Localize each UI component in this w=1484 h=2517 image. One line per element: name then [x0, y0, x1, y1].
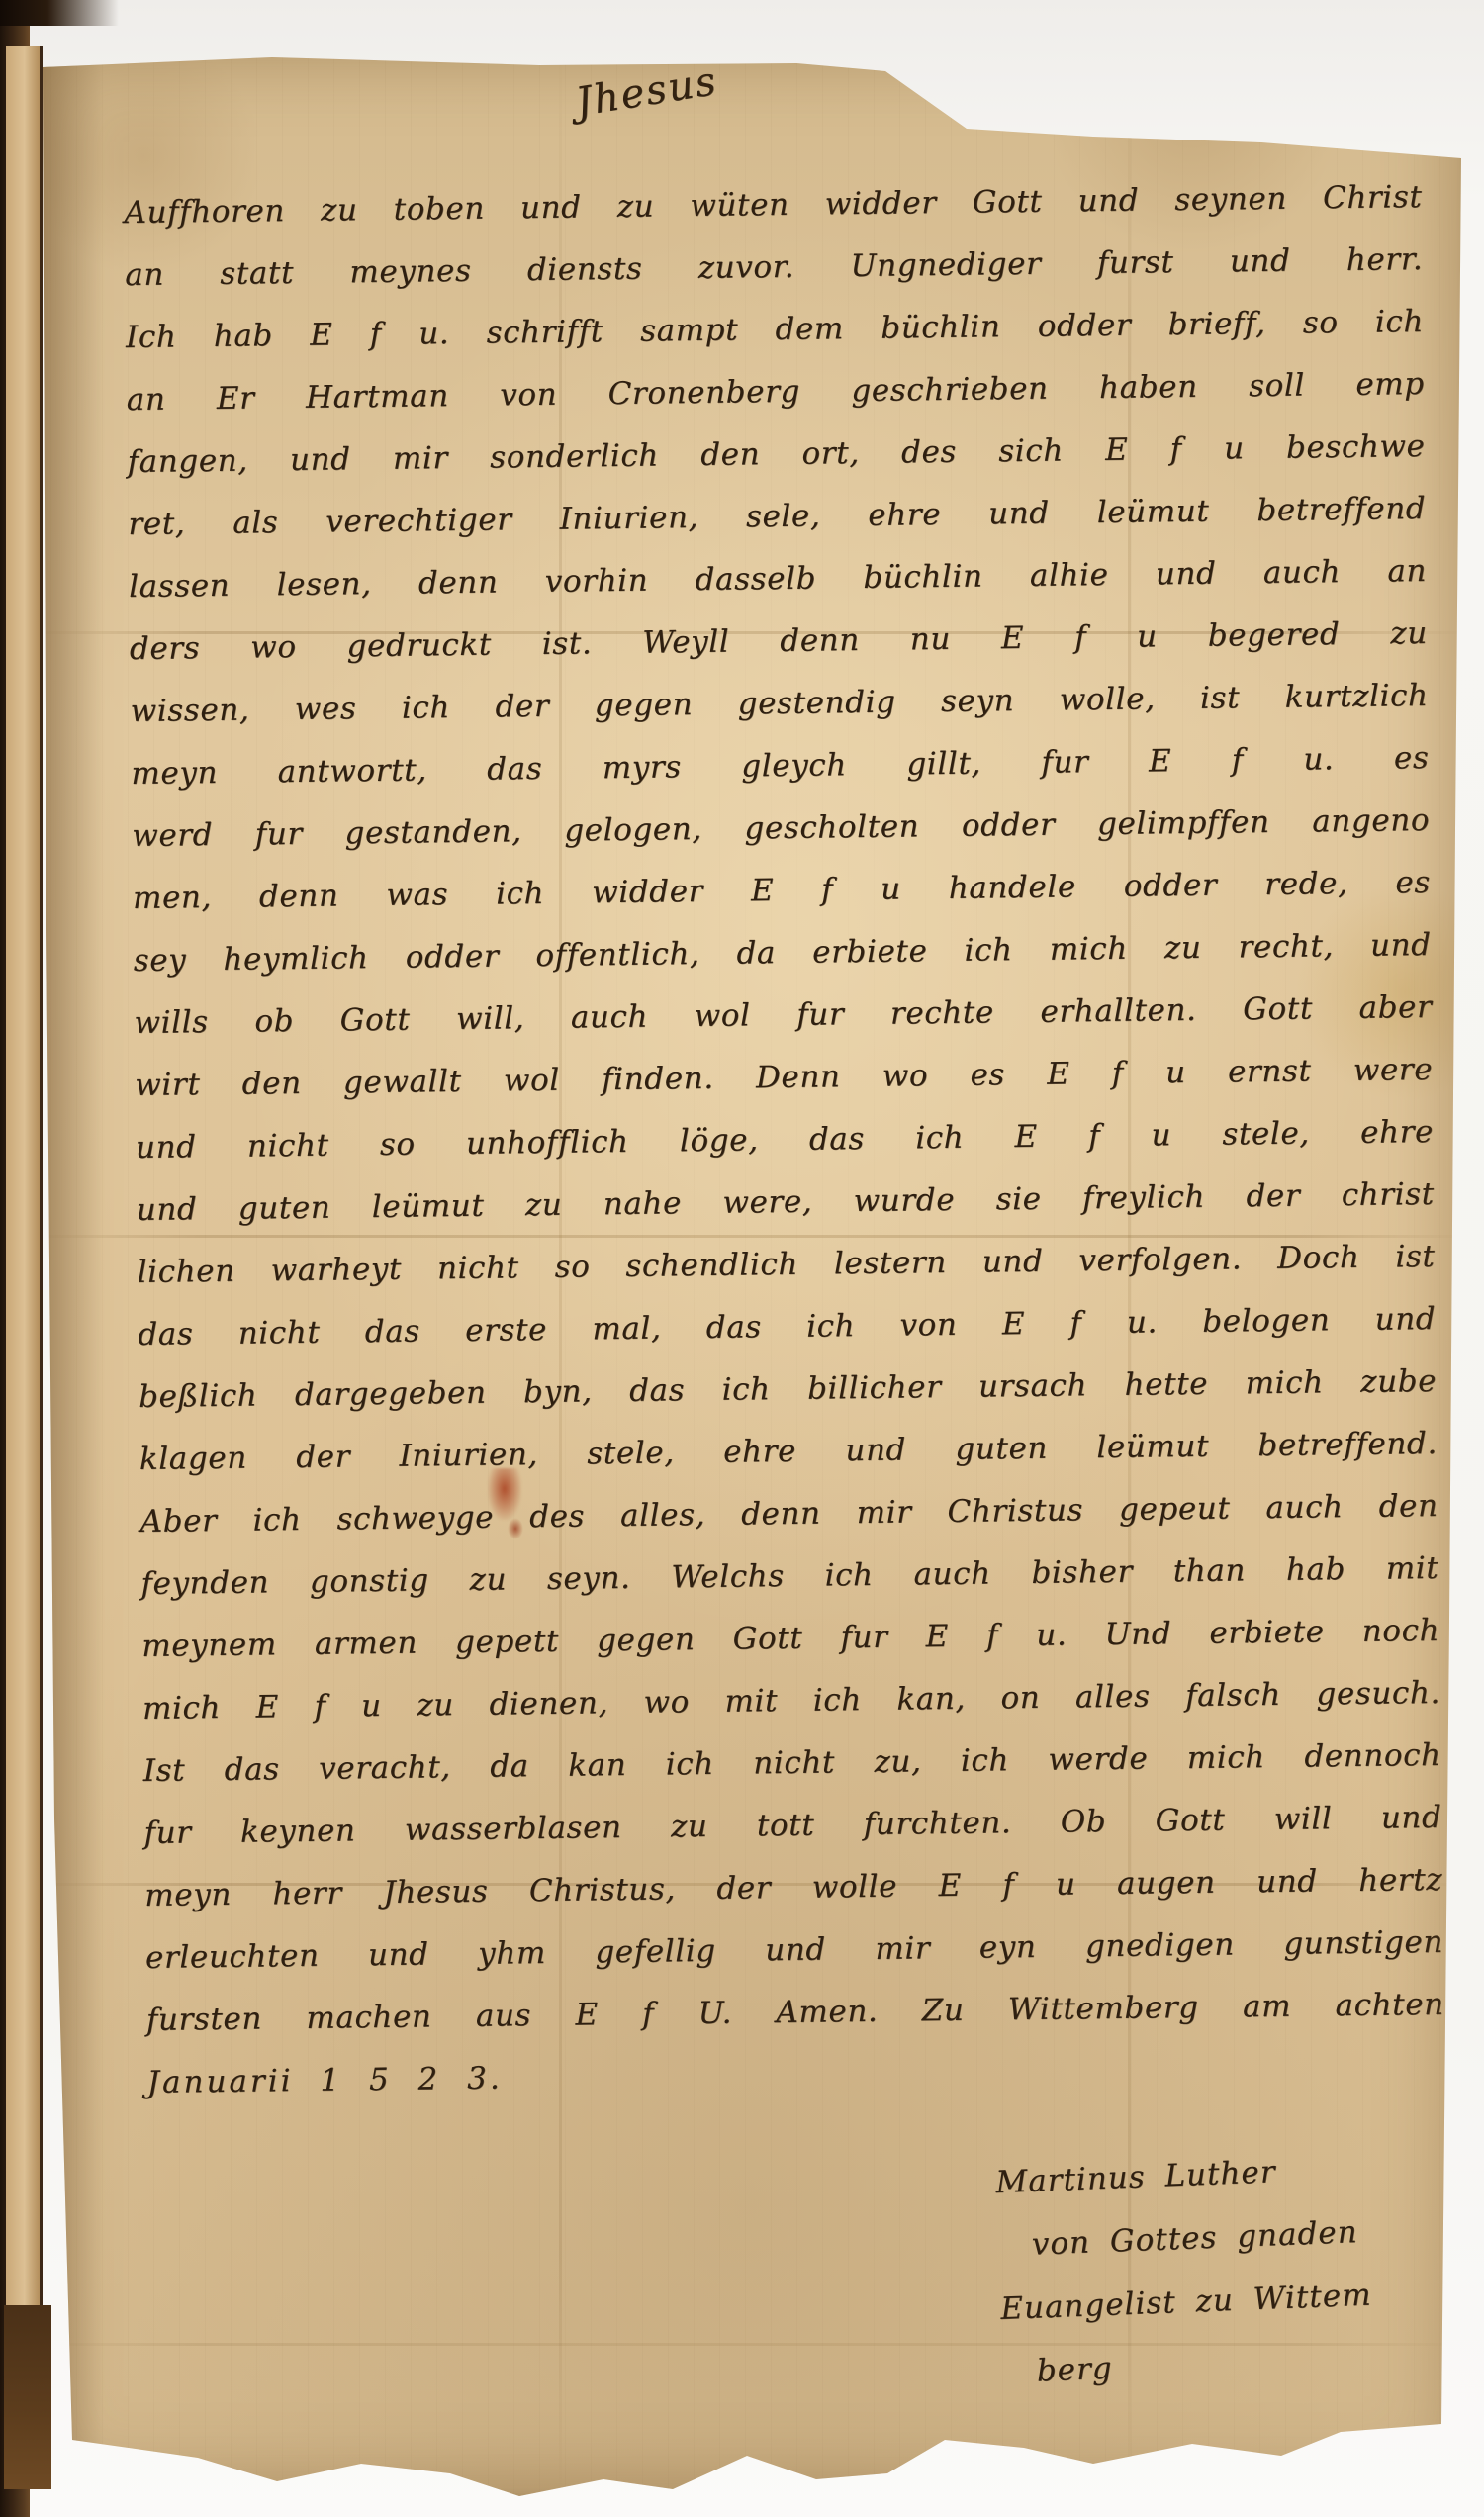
manuscript-page: Jhesus 87 Auffhoren zu toben und zu wüte… — [25, 38, 1469, 2501]
signature-block: Martinus Luther von Gottes gnaden Euange… — [994, 2135, 1420, 2404]
folio-number: 87 — [1260, 85, 1339, 148]
letter-body: Auffhoren zu toben und zu wüten widder G… — [124, 166, 1445, 2114]
binding-bottom-corner — [4, 2305, 51, 2489]
spine-top-shadow — [0, 0, 119, 26]
underlying-page-edge — [6, 46, 43, 2440]
invocation-jhesus: Jhesus — [573, 47, 794, 126]
scan-background: Jhesus 87 Auffhoren zu toben und zu wüte… — [0, 0, 1484, 2517]
